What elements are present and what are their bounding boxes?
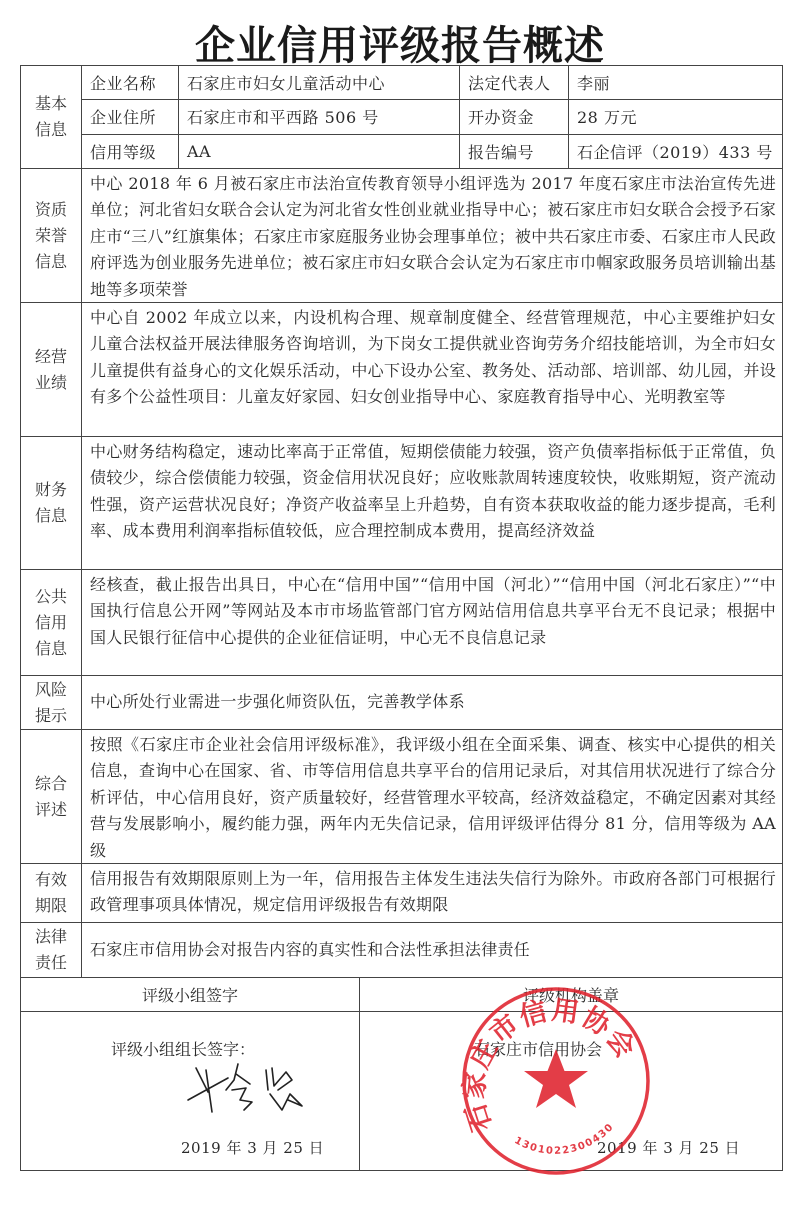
signature-body-row: 评级小组组长签字： 2019 年 3 月 25 日 石家庄市信用协会 2019 … [21,1011,782,1170]
operations-section: 经营业绩 中心自 2002 年成立以来，内设机构合理、规章制度健全、经营管理规范… [21,302,782,436]
field-label-capital: 开办资金 [460,100,569,133]
validity-text: 信用报告有效期限原则上为一年，信用报告主体发生违法失信行为除外。市政府各部门可根… [82,864,782,922]
legal-section: 法律责任 石家庄市信用协会对报告内容的真实性和合法性承担法律责任 [21,922,782,977]
document-title: 企业信用评级报告概述 [0,14,800,71]
field-value-address: 石家庄市和平西路 506 号 [179,100,460,133]
field-label-address: 企业住所 [82,100,179,133]
risk-label: 风险提示 [21,676,82,729]
summary-label: 综合评述 [21,730,82,863]
honors-section: 资质荣誉信息 中心 2018 年 6 月被石家庄市法治宣传教育领导小组评选为 2… [21,168,782,302]
honors-label: 资质荣誉信息 [21,169,82,302]
field-value-legal-rep: 李丽 [569,66,782,99]
basic-info-section: 基本信息 企业名称 石家庄市妇女儿童活动中心 法定代表人 李丽 企业住所 石家庄… [21,66,782,168]
finance-label: 财务信息 [21,437,82,569]
validity-label: 有效期限 [21,864,82,922]
summary-text: 按照《石家庄市企业社会信用评级标准》，我评级小组在全面采集、调查、核实中心提供的… [82,730,782,863]
field-label-credit-grade: 信用等级 [82,135,179,168]
summary-section: 综合评述 按照《石家庄市企业社会信用评级标准》，我评级小组在全面采集、调查、核实… [21,729,782,863]
operations-text: 中心自 2002 年成立以来，内设机构合理、规章制度健全、经营管理规范，中心主要… [82,303,782,436]
basic-info-row: 企业住所 石家庄市和平西路 506 号 开办资金 28 万元 [82,99,782,133]
agency-seal-date: 2019 年 3 月 25 日 [597,1137,740,1158]
basic-info-label: 基本信息 [21,66,82,168]
credit-report-table: 基本信息 企业名称 石家庄市妇女儿童活动中心 法定代表人 李丽 企业住所 石家庄… [20,65,783,1171]
field-value-capital: 28 万元 [569,100,782,133]
risk-text: 中心所处行业需进一步强化师资队伍，完善教学体系 [82,676,782,729]
operations-label: 经营业绩 [21,303,82,436]
field-label-report-number: 报告编号 [460,135,569,168]
field-label-company-name: 企业名称 [82,66,179,99]
validity-section: 有效期限 信用报告有效期限原则上为一年，信用报告主体发生违法失信行为除外。市政府… [21,863,782,922]
public-credit-text: 经核查，截止报告出具日，中心在“信用中国”“信用中国（河北）”“信用中国（河北石… [82,570,782,675]
basic-info-grid: 企业名称 石家庄市妇女儿童活动中心 法定代表人 李丽 企业住所 石家庄市和平西路… [82,66,782,168]
finance-text: 中心财务结构稳定，速动比率高于正常值，短期偿债能力较强，资产负债率指标低于正常值… [82,437,782,569]
handwritten-signature-icon [186,1060,316,1120]
legal-text: 石家庄市信用协会对报告内容的真实性和合法性承担法律责任 [82,923,782,977]
agency-seal-cell: 石家庄市信用协会 2019 年 3 月 25 日 [360,1012,782,1170]
basic-info-row: 信用等级 AA 报告编号 石企信评（2019）433 号 [82,134,782,168]
field-label-legal-rep: 法定代表人 [460,66,569,99]
legal-label: 法律责任 [21,923,82,977]
honors-text: 中心 2018 年 6 月被石家庄市法治宣传教育领导小组评选为 2017 年度石… [82,169,782,302]
field-value-report-number: 石企信评（2019）433 号 [569,135,782,168]
rating-team-signature-header: 评级小组签字 [21,978,360,1011]
team-sign-date: 2019 年 3 月 25 日 [181,1137,324,1158]
agency-name: 石家庄市信用协会 [474,1037,602,1060]
field-value-company-name: 石家庄市妇女儿童活动中心 [179,66,460,99]
team-leader-signature-label: 评级小组组长签字： [111,1037,255,1060]
public-credit-label: 公共信用信息 [21,570,82,675]
rating-agency-seal-header: 评级机构盖章 [360,978,782,1011]
public-credit-section: 公共信用信息 经核查，截止报告出具日，中心在“信用中国”“信用中国（河北）”“信… [21,569,782,675]
basic-info-row: 企业名称 石家庄市妇女儿童活动中心 法定代表人 李丽 [82,66,782,99]
risk-section: 风险提示 中心所处行业需进一步强化师资队伍，完善教学体系 [21,675,782,729]
signature-header-row: 评级小组签字 评级机构盖章 [21,977,782,1011]
finance-section: 财务信息 中心财务结构稳定，速动比率高于正常值，短期偿债能力较强，资产负债率指标… [21,436,782,569]
field-value-credit-grade: AA [179,135,460,168]
team-signature-cell: 评级小组组长签字： 2019 年 3 月 25 日 [21,1012,360,1170]
